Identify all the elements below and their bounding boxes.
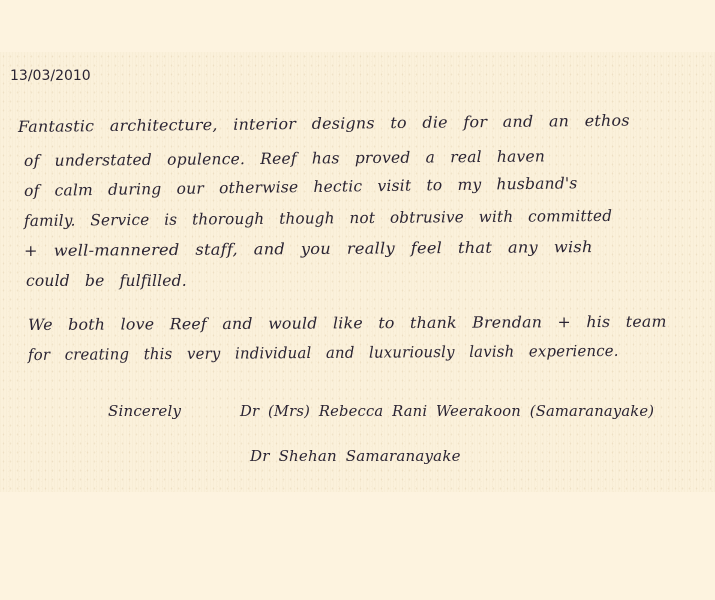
note-date: 13/03/2010 (10, 68, 91, 84)
note-line: of calm during our otherwise hectic visi… (24, 174, 578, 200)
note-line: family. Service is thorough though not o… (24, 207, 612, 230)
note-line: Fantastic architecture, interior designs… (18, 112, 630, 136)
signature-1: Dr (Mrs) Rebecca Rani Weerakoon (Samaran… (240, 402, 654, 420)
note-line: + well-mannered staff, and you really fe… (24, 238, 593, 260)
signature-2: Dr Shehan Samaranayake (250, 447, 461, 465)
note-closing: Sincerely (108, 402, 181, 420)
note-line: for creating this very individual and lu… (28, 342, 619, 364)
note-line: could be fulfilled. (26, 272, 187, 290)
note-line: We both love Reef and would like to than… (28, 313, 667, 334)
note-line: of understated opulence. Reef has proved… (24, 147, 545, 170)
handwritten-note-paper: 13/03/2010 Fantastic architecture, inter… (0, 52, 715, 492)
